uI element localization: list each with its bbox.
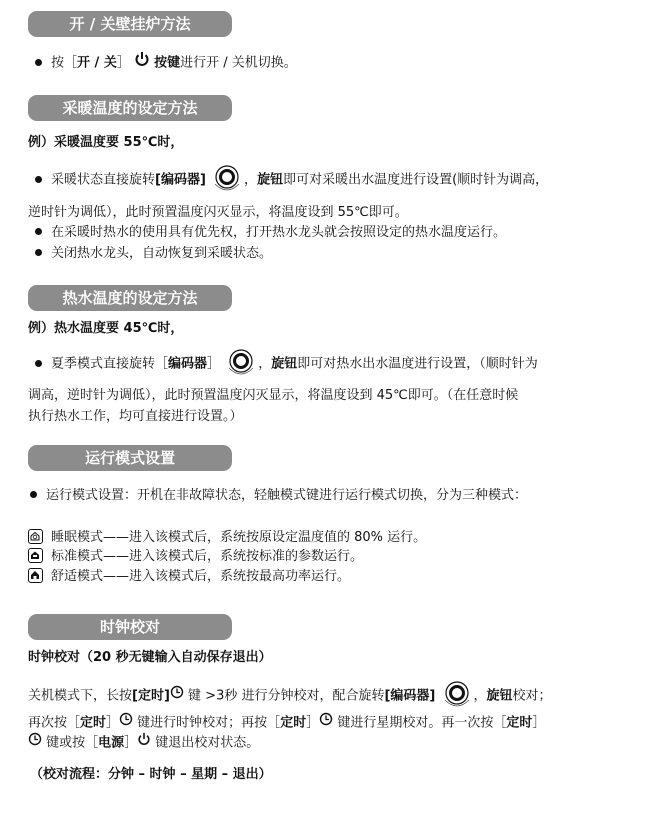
timer-clock-icon <box>28 732 42 752</box>
bullet-dot <box>35 249 42 256</box>
standard-mode-icon <box>28 548 43 563</box>
heating-bullet-3: 关闭热水龙头，自动恢复到采暖状态。 <box>35 245 272 263</box>
timer-clock-icon <box>319 712 333 732</box>
bullet-dot <box>30 491 37 498</box>
heating-bullet-2: 在采暖时热水的使用具有优先权，打开热水龙头就会按照设定的热水温度运行。 <box>35 224 506 242</box>
hotwater-example: 例）热水温度要 45℃时， <box>28 320 183 338</box>
bullet-dot <box>35 59 42 66</box>
clock-line-2: 再次按［定时］ 键进行时钟校对；再按［定时］ 键进行星期校对。再一次按［定时］ <box>28 713 545 733</box>
mode-bullet-1: 运行模式设置：开机在非故障状态，轻触模式键进行运行模式切换，分为三种模式： <box>30 487 527 505</box>
section-header-clock: 时钟校对 <box>28 614 232 640</box>
power-icon <box>134 51 150 73</box>
hotwater-bullet-1-cont: 调高，逆时针为调低），此时预置温度闪灭显示，将温度设到 45℃即可。（在任意时候 <box>28 387 518 405</box>
comfort-mode-icon <box>28 568 43 583</box>
section-header-power: 开 / 关壁挂炉方法 <box>28 11 232 37</box>
mode-item-sleep: 睡眠模式——进入该模式后，系统按原设定温度值的 80% 运行。 <box>28 529 426 547</box>
clock-line-1: 关机模式下，长按[定时] 键 >3秒 进行分钟校对，配合旋转[编码器] ，旋钮校… <box>28 682 552 710</box>
section-header-heating: 采暖温度的设定方法 <box>28 95 232 121</box>
timer-clock-icon <box>119 712 133 732</box>
clock-line-3: 键或按［电源］ 键退出校对状态。 <box>28 733 259 753</box>
sleep-mode-icon <box>28 529 43 544</box>
section-header-mode: 运行模式设置 <box>28 445 232 471</box>
heating-bullet-1: 采暖状态直接旋转[编码器] ，旋钮即可对采暖出水温度进行设置(顺时针为调高， <box>35 166 548 194</box>
encoder-knob-icon <box>442 682 472 710</box>
power-bullet: 按［开 / 关］ 按键进行开 / 关机切换。 <box>35 52 297 74</box>
encoder-knob-icon <box>212 166 242 194</box>
power-icon <box>137 732 151 752</box>
bullet-dot <box>35 360 42 367</box>
heating-bullet-1-cont: 逆时针为调低），此时预置温度闪灭显示，将温度设到 55℃即可。 <box>28 204 408 222</box>
clock-subtitle: 时钟校对（20 秒无键输入自动保存退出） <box>28 649 272 667</box>
bullet-dot <box>35 228 42 235</box>
clock-flow: （校对流程：分钟 – 时钟 – 星期 – 退出） <box>30 766 272 784</box>
mode-item-standard: 标准模式——进入该模式后，系统按标准的参数运行。 <box>28 548 363 566</box>
hotwater-bullet-1-cont2: 执行热水工作，均可直接进行设置。） <box>28 408 243 426</box>
encoder-knob-icon <box>226 350 256 378</box>
hotwater-bullet-1: 夏季模式直接旋转［编码器］ ，旋钮即可对热水出水温度进行设置，（顺时针为 <box>35 350 538 378</box>
mode-item-comfort: 舒适模式——进入该模式后，系统按最高功率运行。 <box>28 568 350 586</box>
heating-example: 例）采暖温度要 55℃时， <box>28 134 183 152</box>
timer-clock-icon <box>170 685 184 705</box>
section-header-hotwater: 热水温度的设定方法 <box>28 285 232 311</box>
bullet-dot <box>35 176 42 183</box>
